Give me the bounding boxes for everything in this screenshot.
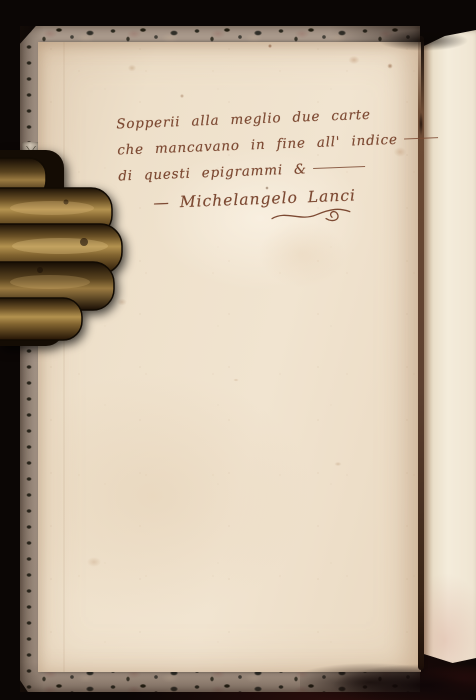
book-photograph: Sopperii alla meglio due carte che manca… — [0, 0, 476, 700]
gutter-shadow — [418, 36, 424, 670]
facing-page — [424, 30, 476, 666]
inscription-line-3-text: di questi epigrammi & — [118, 161, 307, 184]
ink-dash — [313, 166, 365, 169]
handwritten-inscription: Sopperii alla meglio due carte che manca… — [116, 101, 406, 232]
brass-clasp-icon — [0, 150, 126, 346]
